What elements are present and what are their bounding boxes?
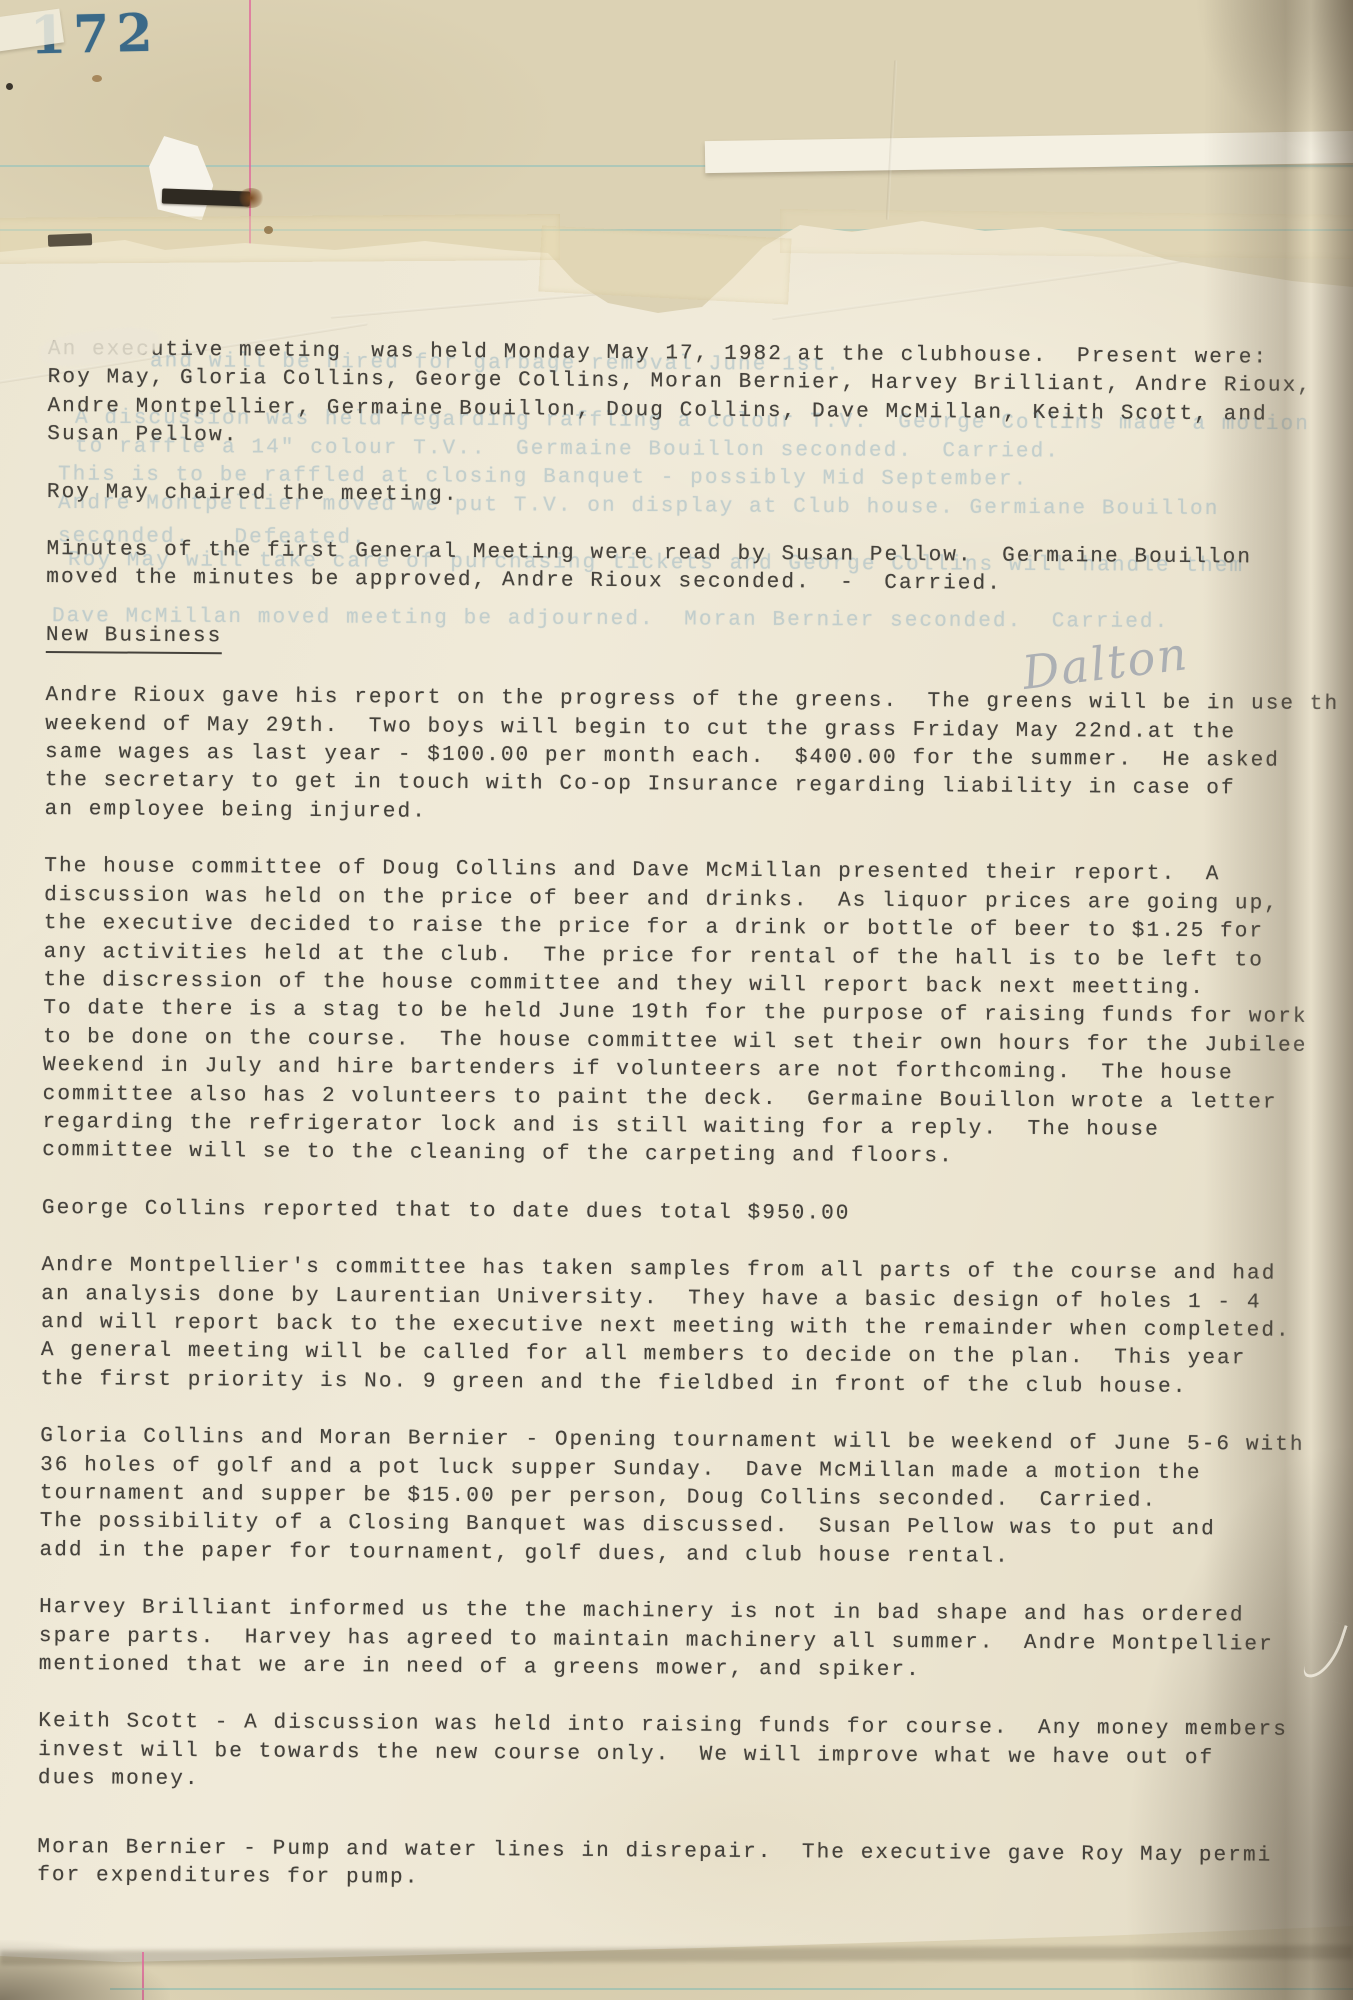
- torn-paper-fragment: [144, 135, 218, 221]
- tape-strip: [538, 226, 791, 305]
- typed-sheet: and will be hired for garbage removal Ju…: [0, 0, 1353, 2000]
- staple-rust-stain: [238, 188, 264, 208]
- paragraph-greens-report: Andre Rioux gave his report on the progr…: [45, 682, 1353, 833]
- ledger-margin-line-bottom: [142, 1952, 144, 2000]
- paper-stain: [264, 226, 273, 234]
- paragraph-dues: George Collins reported that to date due…: [42, 1195, 1353, 1233]
- new-business-heading-text: New Business: [46, 622, 223, 655]
- paper-crease: [772, 259, 1188, 320]
- typed-line: Roy May chaired the meeting.: [47, 479, 1353, 517]
- paragraph-course-design: Andre Montpellier's committee has taken …: [41, 1252, 1353, 1403]
- paragraph-attendance: An executive meeting was held Monday May…: [47, 336, 1353, 459]
- scanned-minutes-page: 172 and will be hired for garbage remova…: [0, 0, 1353, 2000]
- paragraph-fundraising: Keith Scott - A discussion was held into…: [38, 1708, 1353, 1803]
- paragraph-pump: Moran Bernier - Pump and water lines in …: [37, 1834, 1353, 1900]
- staple-mark: [48, 233, 92, 247]
- paragraph-machinery: Harvey Brilliant informed us the the mac…: [39, 1594, 1353, 1689]
- paragraph-house-committee: The house committee of Doug Collins and …: [42, 853, 1353, 1175]
- paper-stain: [92, 75, 102, 82]
- ink-speck: [6, 83, 13, 90]
- typed-text-body: An executive meeting was held Monday May…: [37, 336, 1353, 1929]
- paragraph-opening-tournament: Gloria Collins and Moran Bernier - Openi…: [39, 1423, 1353, 1574]
- ledger-rule-line-bottom: [110, 1988, 1353, 1990]
- paragraph-minutes-approval: Minutes of the first General Meeting wer…: [46, 536, 1353, 602]
- paragraph-chair: Roy May chaired the meeting.: [47, 479, 1353, 517]
- tape-strip: [780, 209, 1353, 259]
- staple: [162, 188, 250, 206]
- typed-line: George Collins reported that to date due…: [42, 1195, 1353, 1233]
